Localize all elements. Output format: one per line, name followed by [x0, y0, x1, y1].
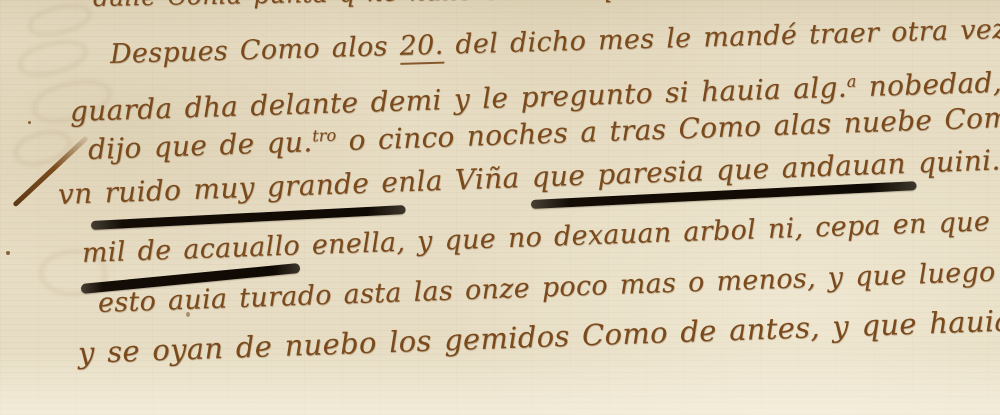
manuscript-line-1: dalle Conla punta q̃ no hallo cosa de q.	[93, 0, 621, 12]
superscript-abbreviation: tro	[312, 126, 337, 146]
bleedthrough-mark	[12, 127, 75, 169]
ink-speck	[28, 121, 31, 124]
marker-underline-stroke-1	[91, 205, 406, 230]
bleedthrough-mark	[16, 36, 90, 80]
ink-underlined-number: 20.	[399, 30, 444, 65]
text-segment: Despues Como alos	[110, 31, 401, 70]
text-segment: dalle Conla punta q̃ no hallo cosa de q.	[93, 0, 621, 12]
superscript-abbreviation: a	[846, 72, 856, 91]
manuscript-page: dalle Conla punta q̃ no hallo cosa de q.…	[0, 0, 1000, 415]
text-segment: dijo que de qu.	[87, 125, 313, 166]
ink-speck	[6, 251, 10, 255]
text-segment: nobedad, y me	[856, 63, 1000, 103]
text-segment: del dicho mes le mandé traer otra vez al…	[443, 12, 1000, 60]
manuscript-line-2: Despues Como alos 20. del dicho mes le m…	[110, 12, 1000, 70]
manuscript-line-6: mil de acauallo enella, y que no dexauan…	[81, 203, 1000, 269]
text-segment: mil de acauallo enella, y que no dexauan…	[81, 203, 1000, 269]
bleedthrough-mark	[26, 1, 94, 40]
